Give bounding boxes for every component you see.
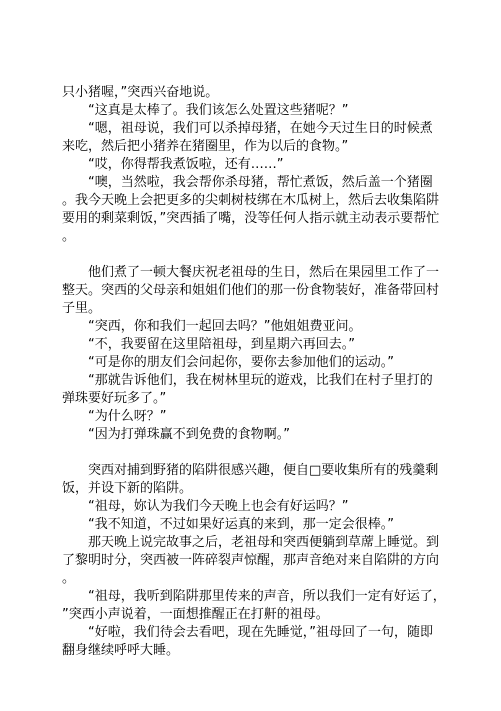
paragraph: “祖母，妳认为我们今天晚上也会有好运吗？”: [62, 498, 445, 516]
paragraph: “可是你的朋友们会问起你，要你去参加他们的运动。”: [62, 354, 445, 372]
paragraph: 他们煮了一顿大餐庆祝老祖母的生日，然后在果园里工作了一整天。突西的父母亲和姐姐们…: [62, 264, 445, 318]
paragraph: “好啦，我们待会去看吧，现在先睡觉，”祖母回了一句，随即翻身继续呼呼大睡。: [62, 624, 445, 660]
paragraph: “这真是太棒了。我们该怎么处置这些猪呢？”: [62, 102, 445, 120]
paragraph: 只小猪喔，”突西兴奋地说。: [62, 84, 445, 102]
paragraph: “祖母，我听到陷阱那里传来的声音，所以我们一定有好运了，”突西小声说着，一面想推…: [62, 588, 445, 624]
paragraph: “为什么呀？”: [62, 408, 445, 426]
paragraph: “那就告诉他们，我在树林里玩的遊戏，比我们在村子里打的弹珠要好玩多了。”: [62, 372, 445, 408]
paragraph: “噢，当然啦，我会帮你杀母猪，帮忙煮饭，然后盖一个猪圈。我今天晚上会把更多的尖刺…: [62, 174, 445, 246]
paragraph: “突西，你和我们一起回去吗？”他姐姐费亚问。: [62, 318, 445, 336]
paragraph: “嗯，祖母说，我们可以杀掉母猪，在她今天过生日的时候煮来吃，然后把小猪养在猪圈里…: [62, 120, 445, 156]
paragraph: 突西对捕到野猪的陷阱很感兴趣，便自□要收集所有的残羹剩饭，并设下新的陷阱。: [62, 462, 445, 498]
book-page: 只小猪喔，”突西兴奋地说。 “这真是太棒了。我们该怎么处置这些猪呢？” “嗯，祖…: [0, 0, 501, 711]
paragraph: “哎，你得帮我煮饭啦，还有……”: [62, 156, 445, 174]
paragraph: “我不知道，不过如果好运真的来到，那一定会很棒。”: [62, 516, 445, 534]
paragraph: 那天晚上说完故事之后，老祖母和突西便躺到草蓆上睡觉。到了黎明时分，突西被一阵碎裂…: [62, 534, 445, 588]
paragraph: “因为打弹珠赢不到免费的食物啊。”: [62, 426, 445, 444]
paragraph: “不，我要留在这里陪祖母，到星期六再回去。”: [62, 336, 445, 354]
